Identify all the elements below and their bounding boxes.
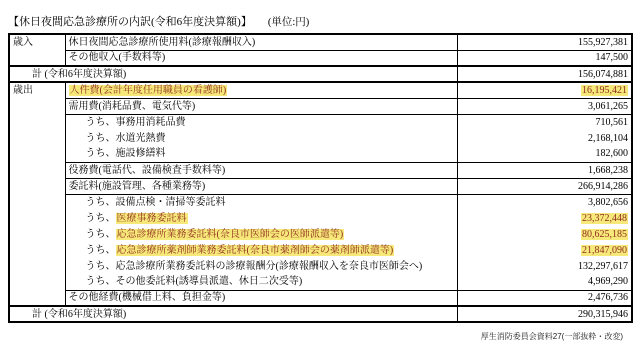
row-label: その他収入(手数料等): [69, 52, 166, 63]
row-value-cell: 2,476,736: [457, 290, 632, 306]
table-subrow: うち、その他委託料(誘導員派遣、休日二次受等) 4,969,290: [9, 274, 632, 290]
highlighted-row-value: 21,847,090: [581, 245, 628, 256]
row-value-cell: 710,561: [457, 114, 632, 130]
row-label: 委託料(施設管理、各種業務等): [69, 181, 206, 192]
table-subrow: うち、水道光熱費 2,168,104: [9, 130, 632, 146]
row-value: 1,668,238: [588, 165, 628, 176]
row-value-cell: 155,927,381: [457, 34, 632, 50]
row-value-cell: 266,914,286: [457, 178, 632, 194]
table-subrow: うち、医療事務委託料 23,372,448: [9, 210, 632, 226]
table-row: 役務費(電話代、設備検査手数料等) 1,668,238: [9, 162, 632, 178]
row-value-cell: 182,600: [457, 146, 632, 162]
row-label-cell: うち、施設修繕料: [65, 146, 457, 162]
page-title-line: 【休日夜間応急診療所の内訳(令和6年度決算額)】(単位:円): [8, 13, 309, 29]
row-value-cell: 3,802,656: [457, 194, 632, 210]
table-row: 需用費(消耗品費、電気代等) 3,061,265: [9, 98, 632, 114]
highlighted-row-label: 人件費(会計年度任用職員の看護師): [69, 85, 228, 96]
table-row: 歳入 休日夜間応急診療所使用料(診療報酬収入) 155,927,381: [9, 34, 632, 50]
row-value: 132,297,617: [578, 261, 628, 272]
highlighted-row-value: 80,625,185: [581, 229, 628, 240]
highlighted-row-label: 医療事務委託料: [116, 213, 188, 224]
subrow-prefix: うち、: [86, 197, 116, 208]
row-label-cell: その他収入(手数料等): [65, 50, 457, 66]
row-label-cell: うち、応急診療所薬剤師業務委託料(奈良市薬剤師会の薬剤師派遣等): [65, 242, 457, 258]
row-label: 役務費(電話代、設備検査手数料等): [69, 165, 226, 176]
row-label: 水道光熱費: [116, 133, 166, 144]
subrow-prefix: うち、: [86, 213, 116, 224]
subrow-prefix: うち、: [86, 133, 116, 144]
row-label-cell: うち、水道光熱費: [65, 130, 457, 146]
row-label-cell: 休日夜間応急診療所使用料(診療報酬収入): [65, 34, 457, 50]
row-value: 2,476,736: [588, 292, 628, 303]
unit-label: (単位:円): [268, 17, 309, 28]
revenue-total-row: 計 (令和6年度決算額) 156,074,881: [9, 66, 632, 82]
total-value-cell: 290,315,946: [457, 306, 632, 322]
row-label-cell: 委託料(施設管理、各種業務等): [65, 178, 457, 194]
row-value-cell: 132,297,617: [457, 258, 632, 274]
row-label-cell: 人件費(会計年度任用職員の看護師): [65, 82, 457, 98]
table-subrow: うち、応急診療所業務委託料の診療報酬分(診療報酬収入を奈良市医師会へ) 132,…: [9, 258, 632, 274]
row-value: 182,600: [596, 148, 629, 159]
highlighted-row-label: 応急診療所薬剤師業務委託料(奈良市薬剤師会の薬剤師派遣等): [116, 245, 395, 256]
row-value-cell: 23,372,448: [457, 210, 632, 226]
total-value: 156,074,881: [578, 69, 628, 80]
row-label: 施設修繕料: [116, 148, 166, 159]
section-cell-expenditure: 歳出: [9, 82, 65, 306]
row-value: 710,561: [596, 117, 629, 128]
row-value-cell: 3,061,265: [457, 98, 632, 114]
row-value: 155,927,381: [578, 37, 628, 48]
fiscal-breakdown-table: 歳入 休日夜間応急診療所使用料(診療報酬収入) 155,927,381 その他収…: [8, 33, 633, 323]
table-subrow: うち、施設修繕料 182,600: [9, 146, 632, 162]
row-value-cell: 80,625,185: [457, 226, 632, 242]
row-label-cell: うち、応急診療所業務委託料(奈良市医師会の医師派遣等): [65, 226, 457, 242]
row-value-cell: 4,969,290: [457, 274, 632, 290]
table-subrow: うち、応急診療所薬剤師業務委託料(奈良市薬剤師会の薬剤師派遣等) 21,847,…: [9, 242, 632, 258]
table-row: 委託料(施設管理、各種業務等) 266,914,286: [9, 178, 632, 194]
row-label-cell: その他経費(機械借上料、負担金等): [65, 290, 457, 306]
total-label-cell: 計 (令和6年度決算額): [9, 306, 457, 322]
row-value: 2,168,104: [588, 133, 628, 144]
total-value-cell: 156,074,881: [457, 66, 632, 82]
total-value: 290,315,946: [578, 309, 628, 320]
table-row: その他経費(機械借上料、負担金等) 2,476,736: [9, 290, 632, 306]
table-subrow: うち、設備点検・清掃等委託料 3,802,656: [9, 194, 632, 210]
row-label-cell: うち、応急診療所業務委託料の診療報酬分(診療報酬収入を奈良市医師会へ): [65, 258, 457, 274]
highlighted-row-value: 23,372,448: [581, 213, 628, 224]
row-label-cell: うち、設備点検・清掃等委託料: [65, 194, 457, 210]
row-label: その他委託料(誘導員派遣、休日二次受等): [116, 276, 303, 287]
row-value: 3,061,265: [588, 101, 628, 112]
row-value-cell: 2,168,104: [457, 130, 632, 146]
subrow-prefix: うち、: [86, 245, 116, 256]
subrow-prefix: うち、: [86, 148, 116, 159]
table-row: その他収入(手数料等) 147,500: [9, 50, 632, 66]
row-value-cell: 1,668,238: [457, 162, 632, 178]
row-label-cell: うち、事務用消耗品費: [65, 114, 457, 130]
subrow-prefix: うち、: [86, 276, 116, 287]
highlighted-row-value: 16,195,421: [581, 85, 628, 96]
row-label: 休日夜間応急診療所使用料(診療報酬収入): [69, 37, 256, 48]
total-label: 計 (令和6年度決算額): [32, 69, 126, 80]
total-label: 計 (令和6年度決算額): [32, 309, 126, 320]
row-value: 3,802,656: [588, 197, 628, 208]
row-label-cell: うち、医療事務委託料: [65, 210, 457, 226]
table-subrow: うち、応急診療所業務委託料(奈良市医師会の医師派遣等) 80,625,185: [9, 226, 632, 242]
row-label-cell: うち、その他委託料(誘導員派遣、休日二次受等): [65, 274, 457, 290]
row-value-cell: 16,195,421: [457, 82, 632, 98]
row-label: 需用費(消耗品費、電気代等): [69, 101, 196, 112]
row-label: 事務用消耗品費: [116, 117, 186, 128]
row-label-cell: 需用費(消耗品費、電気代等): [65, 98, 457, 114]
subrow-prefix: うち、: [86, 261, 116, 272]
row-label: その他経費(機械借上料、負担金等): [69, 292, 226, 303]
row-value: 4,969,290: [588, 276, 628, 287]
total-label-cell: 計 (令和6年度決算額): [9, 66, 457, 82]
expenditure-total-row: 計 (令和6年度決算額) 290,315,946: [9, 306, 632, 322]
row-value: 266,914,286: [578, 181, 628, 192]
subrow-prefix: うち、: [86, 117, 116, 128]
table-subrow: うち、事務用消耗品費 710,561: [9, 114, 632, 130]
row-value-cell: 147,500: [457, 50, 632, 66]
row-label: 応急診療所業務委託料の診療報酬分(診療報酬収入を奈良市医師会へ): [116, 261, 423, 272]
row-value-cell: 21,847,090: [457, 242, 632, 258]
source-caption: 厚生消防委員会資料27(一部抜粋・改変): [8, 331, 631, 342]
row-value: 147,500: [596, 52, 629, 63]
section-cell-revenue: 歳入: [9, 34, 65, 66]
subrow-prefix: うち、: [86, 229, 116, 240]
table-row: 歳出 人件費(会計年度任用職員の看護師) 16,195,421: [9, 82, 632, 98]
page-title: 【休日夜間応急診療所の内訳(令和6年度決算額)】: [8, 16, 252, 28]
row-label-cell: 役務費(電話代、設備検査手数料等): [65, 162, 457, 178]
row-label: 設備点検・清掃等委託料: [116, 197, 226, 208]
highlighted-row-label: 応急診療所業務委託料(奈良市医師会の医師派遣等): [116, 229, 345, 240]
